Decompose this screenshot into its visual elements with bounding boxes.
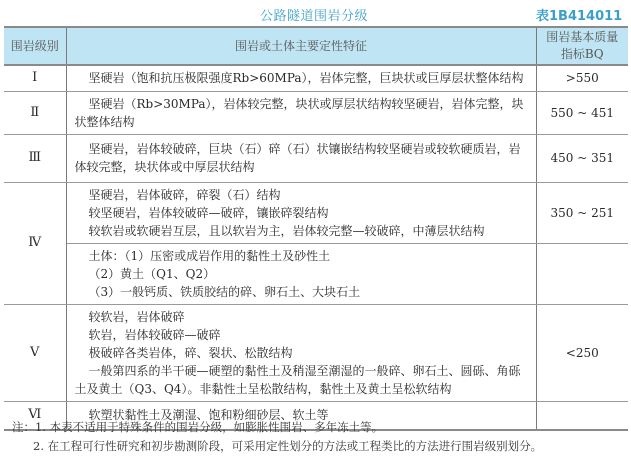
characteristics-cell: 较软岩，岩体破碎 软岩，岩体较破碎—破碎 极破碎各类岩体，碎、裂状、松散结构 一… — [66, 304, 536, 401]
characteristics-cell: 坚硬岩，岩体破碎，碎裂（石）结构 较坚硬岩，岩体较破碎—破碎，镶嵌碎裂结构 较软… — [66, 182, 536, 243]
bq-cell: 350 ~ 251 — [536, 182, 628, 243]
characteristic-line: 一般第四系的半干硬—硬塑的黏性土及稍湿至潮湿的一般碎、卵石土、圆砾、角砾土及黄土… — [75, 362, 528, 398]
soil-line: （3）一般钙质、铁质胶结的碎、卵石土、大块石土 — [75, 283, 528, 301]
characteristic-line: 坚硬岩，岩体破碎，碎裂（石）结构 — [75, 186, 528, 204]
header-characteristics: 围岩或土体主要定性特征 — [66, 27, 536, 65]
characteristics-cell: 坚硬岩（饱和抗压极限强度Rb>60MPa），岩体完整，巨块状或巨厚层状整体结构 — [66, 65, 536, 91]
bq-cell: 450 ~ 351 — [536, 134, 628, 182]
soil-line: （2）黄土（Q1、Q2） — [75, 265, 528, 283]
characteristics-cell: 坚硬岩，岩体较破碎，巨块（石）碎（石）状镶嵌结构较坚硬岩或较软硬质岩，岩体较完整… — [66, 134, 536, 182]
bq-cell: <250 — [536, 304, 628, 401]
bq-cell: >550 — [536, 65, 628, 91]
table-title: 公路隧道围岩分级 — [260, 5, 368, 24]
header-grade: 围岩级别 — [4, 27, 66, 65]
table-row: Ⅰ 坚硬岩（饱和抗压极限强度Rb>60MPa），岩体完整，巨块状或巨厚层状整体结… — [4, 65, 628, 91]
header-bq-line2: 指标BQ — [537, 46, 629, 63]
characteristic-line: 坚硬岩，岩体较破碎，巨块（石）碎（石）状镶嵌结构较坚硬岩或较软硬质岩，岩体较完整… — [75, 140, 528, 176]
table-notes: 注：1. 本表不适用于特殊条件的围岩分级，如膨胀性围岩、多年冻土等。 2. 在工… — [12, 418, 542, 456]
header-bq-line1: 围岩基本质量 — [537, 29, 629, 46]
rock-classification-table: 围岩级别 围岩或土体主要定性特征 围岩基本质量 指标BQ Ⅰ 坚硬岩（饱和抗压极… — [4, 26, 628, 431]
soil-line: 土体：（1）压密或成岩作用的黏性土及砂性土 — [75, 247, 528, 265]
characteristic-line: 较坚硬岩，岩体较破碎—破碎，镶嵌碎裂结构 — [75, 204, 528, 222]
characteristic-line: 较软岩，岩体破碎 — [75, 308, 528, 326]
characteristic-line: 坚硬岩（饱和抗压极限强度Rb>60MPa），岩体完整，巨块状或巨厚层状整体结构 — [75, 69, 528, 87]
table-row: Ⅲ 坚硬岩，岩体较破碎，巨块（石）碎（石）状镶嵌结构较坚硬岩或较软硬质岩，岩体较… — [4, 134, 628, 182]
table-caption: 公路隧道围岩分级 表1B414011 — [0, 5, 631, 23]
header-bq: 围岩基本质量 指标BQ — [536, 27, 628, 65]
grade-cell: Ⅱ — [4, 91, 66, 134]
grade-cell: Ⅴ — [4, 304, 66, 401]
soil-characteristics-cell: 土体：（1）压密或成岩作用的黏性土及砂性土 （2）黄土（Q1、Q2） （3）一般… — [66, 243, 536, 304]
grade-cell: Ⅲ — [4, 134, 66, 182]
table-row: 土体：（1）压密或成岩作用的黏性土及砂性土 （2）黄土（Q1、Q2） （3）一般… — [4, 243, 628, 304]
characteristic-line: 极破碎各类岩体，碎、裂状、松散结构 — [75, 344, 528, 362]
note-1: 注：1. 本表不适用于特殊条件的围岩分级，如膨胀性围岩、多年冻土等。 — [12, 418, 542, 437]
table-row: Ⅱ 坚硬岩（Rb>30MPa），岩体较完整，块状或厚层状结构较坚硬岩，岩体完整，… — [4, 91, 628, 134]
table-row: Ⅴ 较软岩，岩体破碎 软岩，岩体较破碎—破碎 极破碎各类岩体，碎、裂状、松散结构… — [4, 304, 628, 401]
table-number: 表1B414011 — [536, 5, 622, 24]
table-row: Ⅳ 坚硬岩，岩体破碎，碎裂（石）结构 较坚硬岩，岩体较破碎—破碎，镶嵌碎裂结构 … — [4, 182, 628, 243]
bq-cell-empty — [536, 243, 628, 304]
bq-cell: 550 ~ 451 — [536, 91, 628, 134]
bq-cell — [536, 401, 628, 430]
characteristics-cell: 坚硬岩（Rb>30MPa），岩体较完整，块状或厚层状结构较坚硬岩，岩体完整，块状… — [66, 91, 536, 134]
grade-cell: Ⅰ — [4, 65, 66, 91]
characteristic-line: 坚硬岩（Rb>30MPa），岩体较完整，块状或厚层状结构较坚硬岩，岩体完整，块状… — [75, 95, 528, 131]
characteristic-line: 软岩，岩体较破碎—破碎 — [75, 326, 528, 344]
grade-cell: Ⅳ — [4, 182, 66, 304]
characteristic-line: 较软岩或软硬岩互层，且以软岩为主，岩体较完整—较破碎，中薄层状结构 — [75, 222, 528, 240]
note-2: 2. 在工程可行性研究和初步勘测阶段，可采用定性划分的方法或工程类比的方法进行围… — [12, 437, 542, 456]
table-header-row: 围岩级别 围岩或土体主要定性特征 围岩基本质量 指标BQ — [4, 27, 628, 65]
